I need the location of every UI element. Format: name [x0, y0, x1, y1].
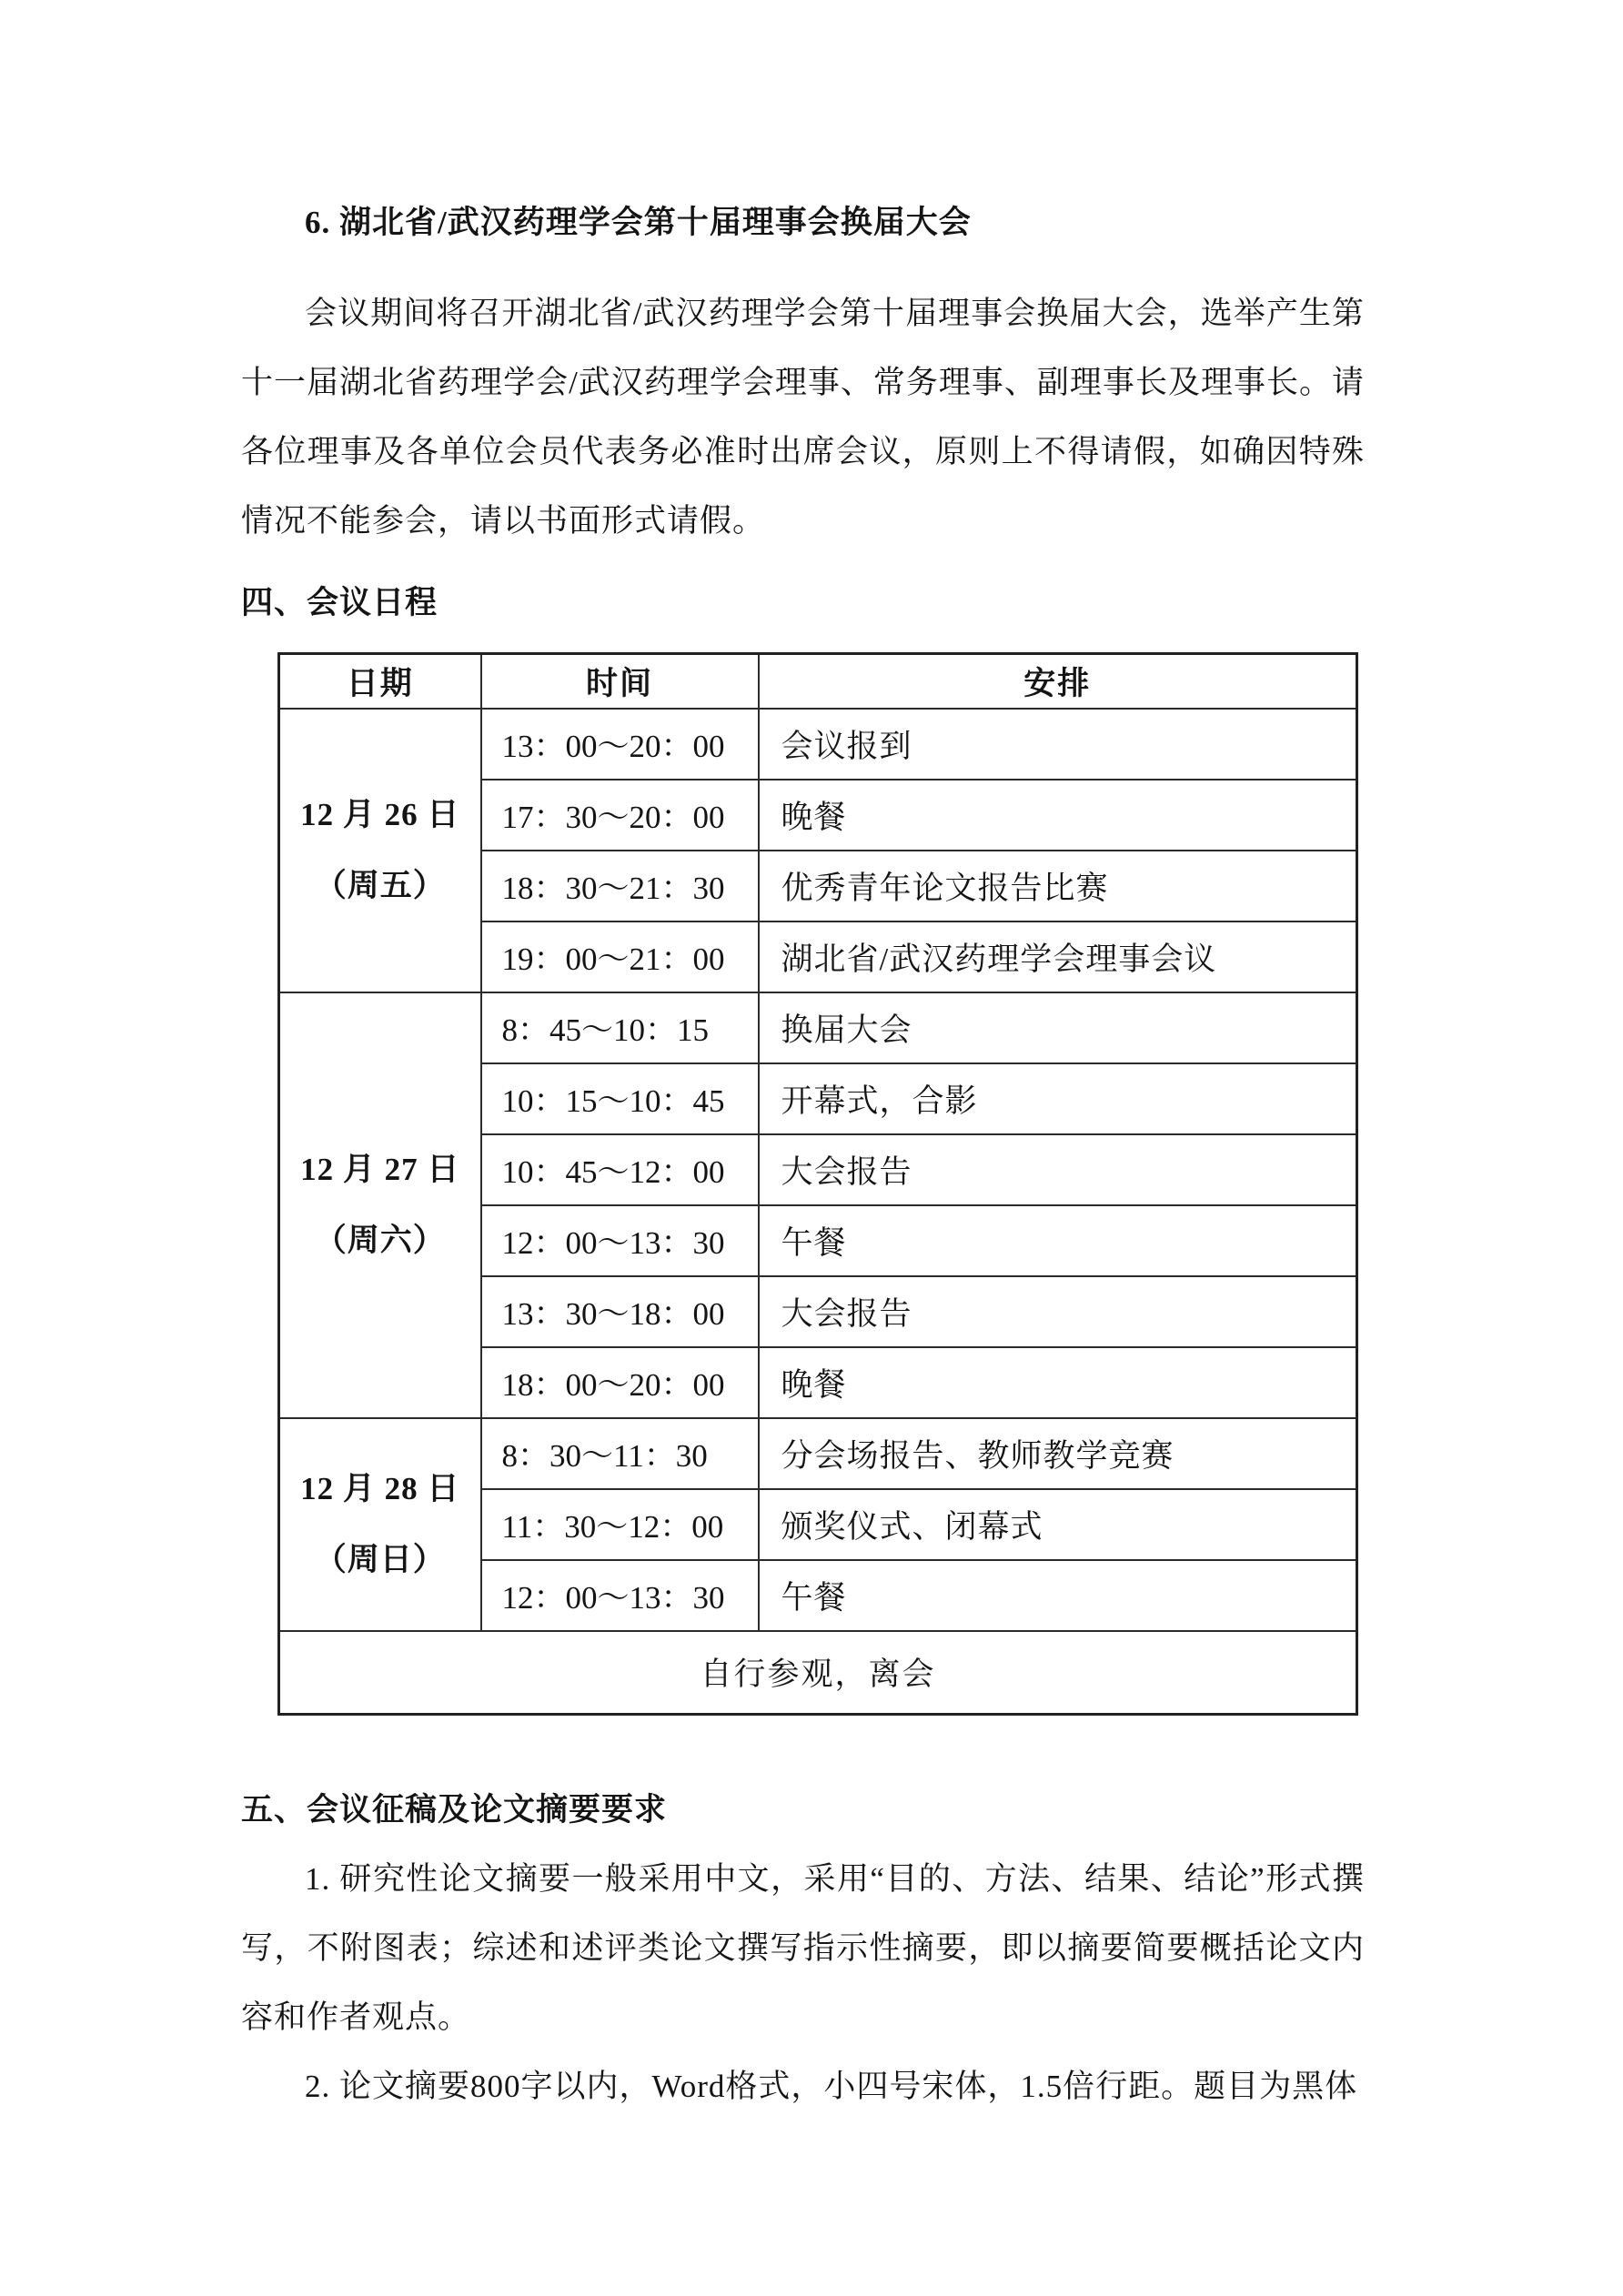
- section5-heading: 五、会议征稿及论文摘要要求: [241, 1776, 1365, 1845]
- time-cell: 10：45～12：00: [481, 1134, 759, 1205]
- activity-cell: 大会报告: [759, 1276, 1357, 1347]
- table-footer-row: 自行参观，离会: [279, 1631, 1357, 1715]
- document-page: 6. 湖北省/武汉药理学会第十届理事会换届大会 会议期间将召开湖北省/武汉药理学…: [0, 0, 1623, 2296]
- activity-cell: 午餐: [759, 1205, 1357, 1276]
- date-line2: （周六）: [280, 1205, 480, 1276]
- date-line2: （周日）: [280, 1525, 480, 1596]
- time-cell: 8：30～11：30: [481, 1418, 759, 1489]
- table-row: 12 月 26 日 （周五） 13：00～20：00 会议报到: [279, 709, 1357, 780]
- time-cell: 12：00～13：30: [481, 1560, 759, 1631]
- date-cell-day1: 12 月 26 日 （周五）: [279, 709, 481, 992]
- activity-cell: 晚餐: [759, 780, 1357, 851]
- table-row: 12 月 28 日 （周日） 8：30～11：30 分会场报告、教师教学竞赛: [279, 1418, 1357, 1489]
- time-cell: 12：00～13：30: [481, 1205, 759, 1276]
- activity-cell: 午餐: [759, 1560, 1357, 1631]
- time-cell: 13：30～18：00: [481, 1276, 759, 1347]
- time-cell: 13：00～20：00: [481, 709, 759, 780]
- section6-paragraph: 会议期间将召开湖北省/武汉药理学会第十届理事会换届大会，选举产生第十一届湖北省药…: [241, 279, 1365, 556]
- time-cell: 17：30～20：00: [481, 780, 759, 851]
- date-line2: （周五）: [280, 851, 480, 921]
- time-cell: 18：00～20：00: [481, 1347, 759, 1418]
- time-cell: 18：30～21：30: [481, 851, 759, 921]
- section5-paragraph2: 2. 论文摘要800字以内，Word格式，小四号宋体，1.5倍行距。题目为黑体: [241, 2052, 1365, 2121]
- table-footer-cell: 自行参观，离会: [279, 1631, 1357, 1715]
- section4-heading: 四、会议日程: [241, 569, 1365, 638]
- activity-cell: 湖北省/武汉药理学会理事会议: [759, 921, 1357, 992]
- date-line1: 12 月 27 日: [280, 1134, 480, 1205]
- time-cell: 11：30～12：00: [481, 1489, 759, 1560]
- column-header-arrangement: 安排: [759, 654, 1357, 709]
- activity-cell: 开幕式，合影: [759, 1063, 1357, 1134]
- date-cell-day3: 12 月 28 日 （周日）: [279, 1418, 481, 1631]
- activity-cell: 优秀青年论文报告比赛: [759, 851, 1357, 921]
- table-row: 12 月 27 日 （周六） 8：45～10：15 换届大会: [279, 992, 1357, 1063]
- activity-cell: 分会场报告、教师教学竞赛: [759, 1418, 1357, 1489]
- date-line1: 12 月 26 日: [280, 780, 480, 851]
- section5-paragraph1: 1. 研究性论文摘要一般采用中文，采用“目的、方法、结果、结论”形式撰写，不附图…: [241, 1845, 1365, 2052]
- schedule-table: 日期 时间 安排 12 月 26 日 （周五） 13：00～20：00 会议报到…: [277, 652, 1358, 1716]
- time-cell: 10：15～10：45: [481, 1063, 759, 1134]
- date-line1: 12 月 28 日: [280, 1454, 480, 1525]
- activity-cell: 大会报告: [759, 1134, 1357, 1205]
- section6-heading: 6. 湖北省/武汉药理学会第十届理事会换届大会: [241, 188, 1365, 257]
- activity-cell: 换届大会: [759, 992, 1357, 1063]
- activity-cell: 颁奖仪式、闭幕式: [759, 1489, 1357, 1560]
- column-header-time: 时间: [481, 654, 759, 709]
- schedule-header-row: 日期 时间 安排: [279, 654, 1357, 709]
- time-cell: 19：00～21：00: [481, 921, 759, 992]
- activity-cell: 会议报到: [759, 709, 1357, 780]
- column-header-date: 日期: [279, 654, 481, 709]
- activity-cell: 晚餐: [759, 1347, 1357, 1418]
- time-cell: 8：45～10：15: [481, 992, 759, 1063]
- date-cell-day2: 12 月 27 日 （周六）: [279, 992, 481, 1418]
